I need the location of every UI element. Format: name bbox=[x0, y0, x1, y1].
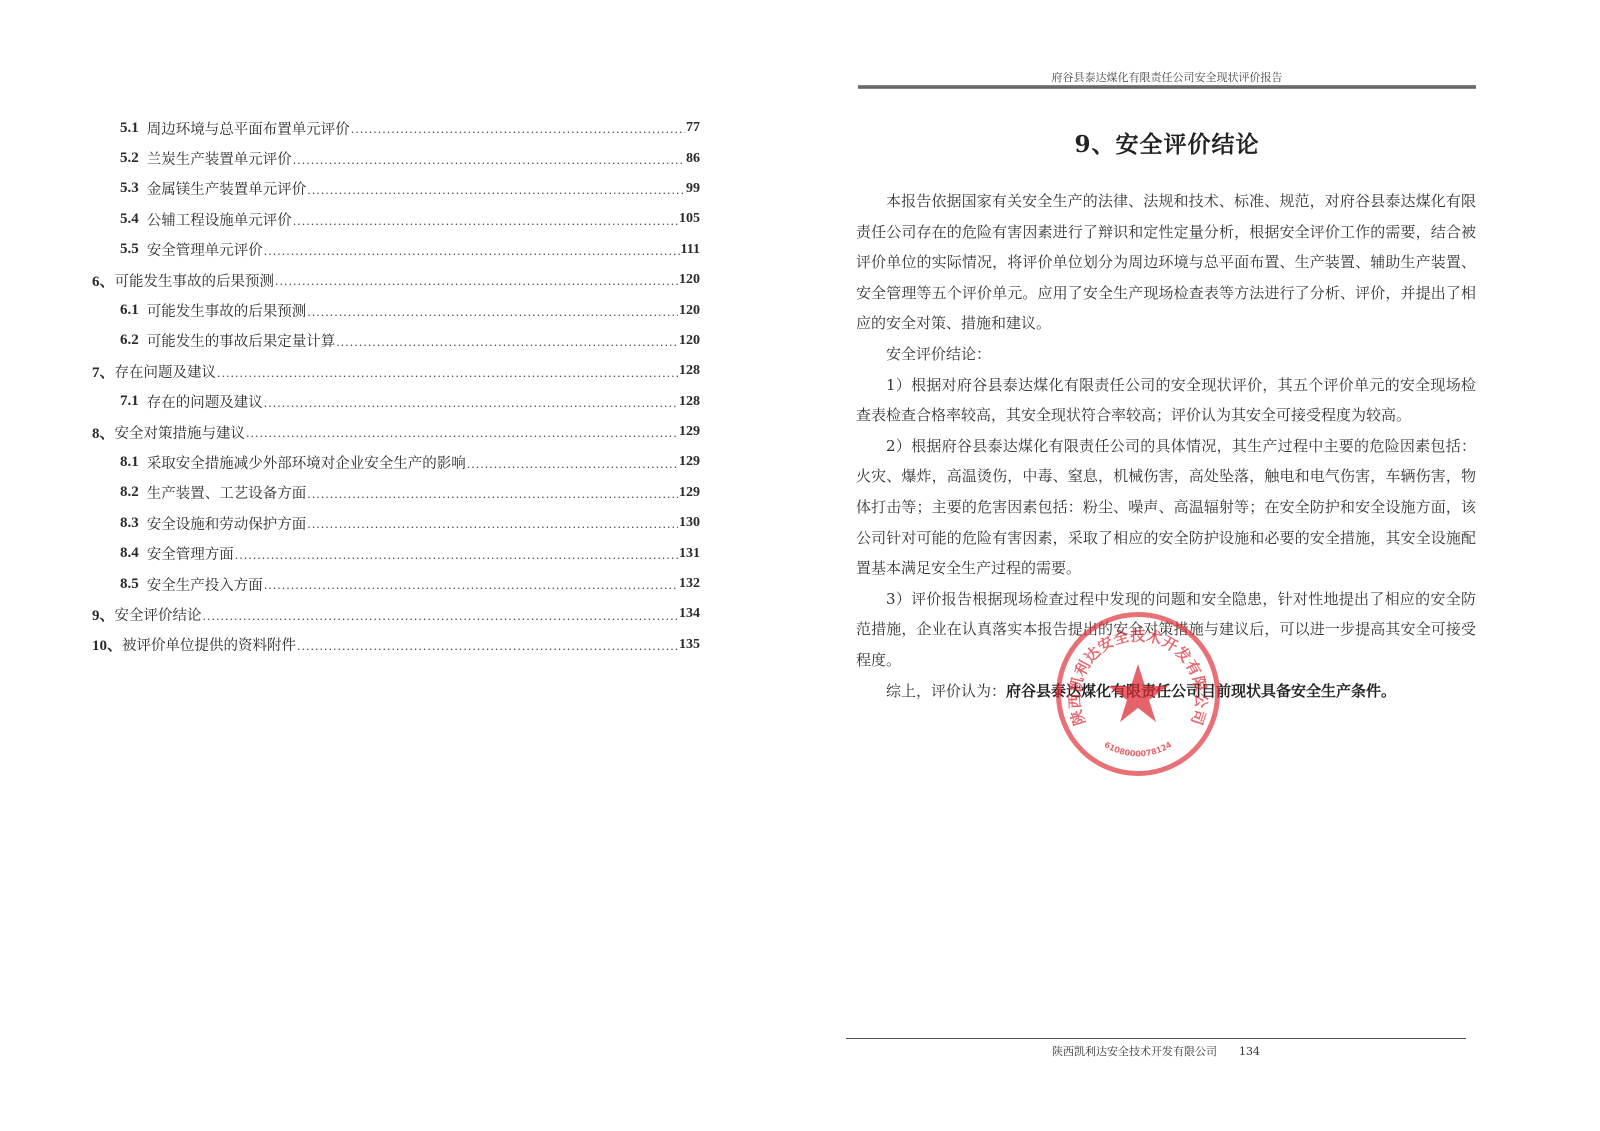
toc-entry: 8.2生产装置、工艺设备方面129 bbox=[92, 478, 700, 508]
toc-page: 77 bbox=[686, 120, 700, 136]
toc-entry: 9、安全评价结论134 bbox=[92, 599, 700, 629]
header-rule bbox=[858, 85, 1476, 89]
toc-entry: 8.3安全设施和劳动保护方面130 bbox=[92, 508, 700, 538]
toc-page: 130 bbox=[679, 515, 700, 531]
toc-entry: 8.5安全生产投入方面132 bbox=[92, 569, 700, 599]
toc-leader bbox=[264, 579, 678, 599]
conclusion-label: 安全评价结论： bbox=[856, 339, 1476, 370]
toc-number: 5.4 bbox=[120, 211, 139, 228]
toc-title: 安全管理方面 bbox=[147, 543, 234, 564]
toc-number: 6、 bbox=[92, 270, 115, 291]
conclusion-point-1: 1）根据对府谷县泰达煤化有限责任公司的安全现状评价，其五个评价单元的安全现场检查… bbox=[856, 370, 1476, 431]
toc-title: 存在问题及建议 bbox=[115, 361, 217, 382]
toc-leader bbox=[307, 184, 685, 204]
toc-leader bbox=[336, 336, 678, 356]
toc-entry: 7.1存在的问题及建议128 bbox=[92, 387, 700, 417]
toc-number: 7.1 bbox=[120, 393, 139, 410]
chapter-title: 9、安全评价结论 bbox=[858, 126, 1476, 159]
toc-entry: 8.1采取安全措施减少外部环境对企业安全生产的影响129 bbox=[92, 447, 700, 477]
toc-number: 7、 bbox=[92, 361, 115, 382]
toc-title: 兰炭生产装置单元评价 bbox=[147, 148, 292, 169]
toc-title: 安全生产投入方面 bbox=[147, 574, 263, 595]
toc-title: 安全管理单元评价 bbox=[147, 239, 263, 260]
table-of-contents: 5.1周边环境与总平面布置单元评价775.2兰炭生产装置单元评价865.3金属镁… bbox=[92, 113, 700, 660]
toc-leader bbox=[264, 397, 678, 417]
toc-number: 8.5 bbox=[120, 576, 139, 593]
toc-entry: 5.4公辅工程设施单元评价105 bbox=[92, 204, 700, 234]
toc-page: 99 bbox=[686, 181, 700, 197]
toc-leader bbox=[293, 215, 678, 235]
toc-leader bbox=[264, 245, 680, 265]
toc-leader bbox=[246, 427, 678, 447]
toc-leader bbox=[467, 458, 678, 478]
toc-number: 10、 bbox=[92, 634, 122, 655]
toc-leader bbox=[217, 367, 678, 387]
page-footer: 陕西凯利达安全技术开发有限公司134 bbox=[846, 1043, 1466, 1059]
toc-number: 5.3 bbox=[120, 180, 139, 197]
toc-page: 129 bbox=[679, 485, 700, 501]
toc-title: 公辅工程设施单元评价 bbox=[147, 209, 292, 230]
toc-title: 可能发生事故的后果预测 bbox=[115, 270, 275, 291]
toc-page: 135 bbox=[679, 637, 700, 653]
toc-leader bbox=[235, 549, 678, 569]
toc-page: 131 bbox=[679, 546, 700, 562]
toc-title: 金属镁生产装置单元评价 bbox=[147, 178, 307, 199]
toc-page: 134 bbox=[679, 606, 700, 622]
toc-leader bbox=[351, 123, 685, 143]
toc-title: 被评价单位提供的资料附件 bbox=[122, 634, 296, 655]
toc-title: 可能发生的事故后果定量计算 bbox=[147, 330, 336, 351]
toc-entry: 6.2可能发生的事故后果定量计算120 bbox=[92, 326, 700, 356]
toc-entry: 8.4安全管理方面131 bbox=[92, 538, 700, 568]
toc-title: 生产装置、工艺设备方面 bbox=[147, 482, 307, 503]
toc-page: 128 bbox=[679, 363, 700, 379]
toc-leader bbox=[307, 488, 678, 508]
toc-page: 105 bbox=[679, 211, 700, 227]
toc-number: 6.1 bbox=[120, 302, 139, 319]
toc-entry: 5.3金属镁生产装置单元评价99 bbox=[92, 174, 700, 204]
toc-leader bbox=[297, 640, 678, 660]
toc-entry: 8、安全对策措施与建议129 bbox=[92, 417, 700, 447]
toc-page: 120 bbox=[679, 333, 700, 349]
toc-entry: 6.1可能发生事故的后果预测120 bbox=[92, 295, 700, 325]
toc-page: 132 bbox=[679, 576, 700, 592]
toc-title: 周边环境与总平面布置单元评价 bbox=[147, 118, 350, 139]
toc-entry: 10、被评价单位提供的资料附件135 bbox=[92, 630, 700, 660]
toc-leader bbox=[275, 275, 678, 295]
svg-text:6108000078124: 6108000078124 bbox=[1103, 740, 1174, 759]
footer-company: 陕西凯利达安全技术开发有限公司 bbox=[1052, 1045, 1217, 1058]
toc-page: 120 bbox=[679, 272, 700, 288]
toc-number: 5.5 bbox=[120, 241, 139, 258]
toc-page: 129 bbox=[679, 424, 700, 440]
company-seal: 陕西凯利达安全技术开发有限公司 6108000078124 bbox=[1056, 612, 1220, 776]
toc-entry: 5.1周边环境与总平面布置单元评价77 bbox=[92, 113, 700, 143]
toc-leader bbox=[203, 610, 678, 630]
toc-leader bbox=[293, 154, 685, 174]
toc-number: 8.2 bbox=[120, 484, 139, 501]
toc-title: 存在的问题及建议 bbox=[147, 391, 263, 412]
toc-entry: 5.2兰炭生产装置单元评价86 bbox=[92, 143, 700, 173]
toc-number: 8.4 bbox=[120, 545, 139, 562]
toc-title: 安全对策措施与建议 bbox=[115, 422, 246, 443]
toc-number: 6.2 bbox=[120, 332, 139, 349]
footer-rule bbox=[846, 1038, 1466, 1039]
toc-page: 128 bbox=[679, 394, 700, 410]
toc-page: 129 bbox=[679, 454, 700, 470]
toc-page: 111 bbox=[681, 242, 700, 258]
conclusion-point-2: 2）根据府谷县泰达煤化有限责任公司的具体情况，其生产过程中主要的危险因素包括：火… bbox=[856, 431, 1476, 584]
toc-number: 8.3 bbox=[120, 515, 139, 532]
star-icon bbox=[1108, 664, 1168, 722]
toc-title: 可能发生事故的后果预测 bbox=[147, 300, 307, 321]
toc-title: 安全设施和劳动保护方面 bbox=[147, 513, 307, 534]
seal-number: 6108000078124 bbox=[1103, 740, 1174, 759]
toc-number: 5.2 bbox=[120, 150, 139, 167]
toc-entry: 7、存在问题及建议128 bbox=[92, 356, 700, 386]
toc-entry: 6、可能发生事故的后果预测120 bbox=[92, 265, 700, 295]
toc-entry: 5.5安全管理单元评价111 bbox=[92, 235, 700, 265]
toc-title: 采取安全措施减少外部环境对企业安全生产的影响 bbox=[147, 452, 466, 473]
seal-icon: 陕西凯利达安全技术开发有限公司 6108000078124 bbox=[1056, 612, 1220, 776]
toc-page: 120 bbox=[679, 303, 700, 319]
summary-prefix: 综上，评价认为： bbox=[886, 682, 1006, 700]
page-number: 134 bbox=[1239, 1045, 1260, 1058]
toc-number: 9、 bbox=[92, 604, 115, 625]
running-header: 府谷县泰达煤化有限责任公司安全现状评价报告 bbox=[858, 69, 1476, 85]
intro-paragraph: 本报告依据国家有关安全生产的法律、法规和技术、标准、规范，对府谷县泰达煤化有限责… bbox=[856, 186, 1476, 339]
toc-number: 5.1 bbox=[120, 120, 139, 137]
toc-leader bbox=[307, 518, 678, 538]
toc-leader bbox=[307, 306, 678, 326]
toc-page: 86 bbox=[686, 151, 700, 167]
toc-number: 8.1 bbox=[120, 454, 139, 471]
toc-title: 安全评价结论 bbox=[115, 604, 202, 625]
toc-number: 8、 bbox=[92, 422, 115, 443]
